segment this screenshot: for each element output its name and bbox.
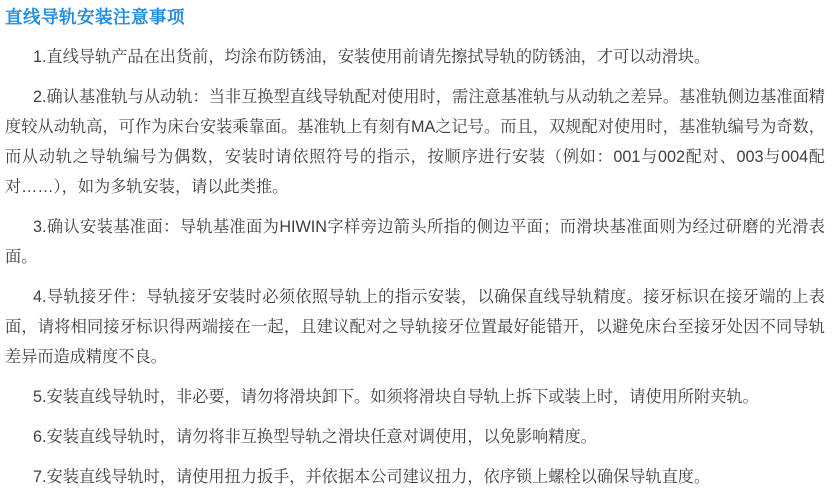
page-title: 直线导轨安装注意事项 [5,6,825,28]
instruction-paragraph-2: 2.确认基准轨与从动轨：当非互换型直线导轨配对使用时，需注意基准轨与从动轨之差异… [5,82,825,202]
instruction-paragraph-6: 6.安装直线导轨时，请勿将非互换型导轨之滑块任意对调使用，以免影响精度。 [5,422,825,452]
instruction-paragraph-7: 7.安装直线导轨时，请使用扭力扳手，并依据本公司建议扭力，依序锁上螺栓以确保导轨… [5,462,825,492]
instruction-paragraph-5: 5.安装直线导轨时，非必要，请勿将滑块卸下。如须将滑块自导轨上拆下或装上时，请使… [5,382,825,412]
instruction-paragraph-4: 4.导轨接牙件：导轨接牙安装时必须依照导轨上的指示安装，以确保直线导轨精度。接牙… [5,282,825,372]
instruction-paragraph-3: 3.确认安装基准面：导轨基准面为HIWIN字样旁边箭头所指的侧边平面；而滑块基准… [5,212,825,272]
instruction-paragraph-1: 1.直线导轨产品在出货前，均涂布防锈油，安装使用前请先擦拭导轨的防锈油，才可以动… [5,42,825,72]
document-page: 直线导轨安装注意事项 1.直线导轨产品在出货前，均涂布防锈油，安装使用前请先擦拭… [0,0,837,504]
